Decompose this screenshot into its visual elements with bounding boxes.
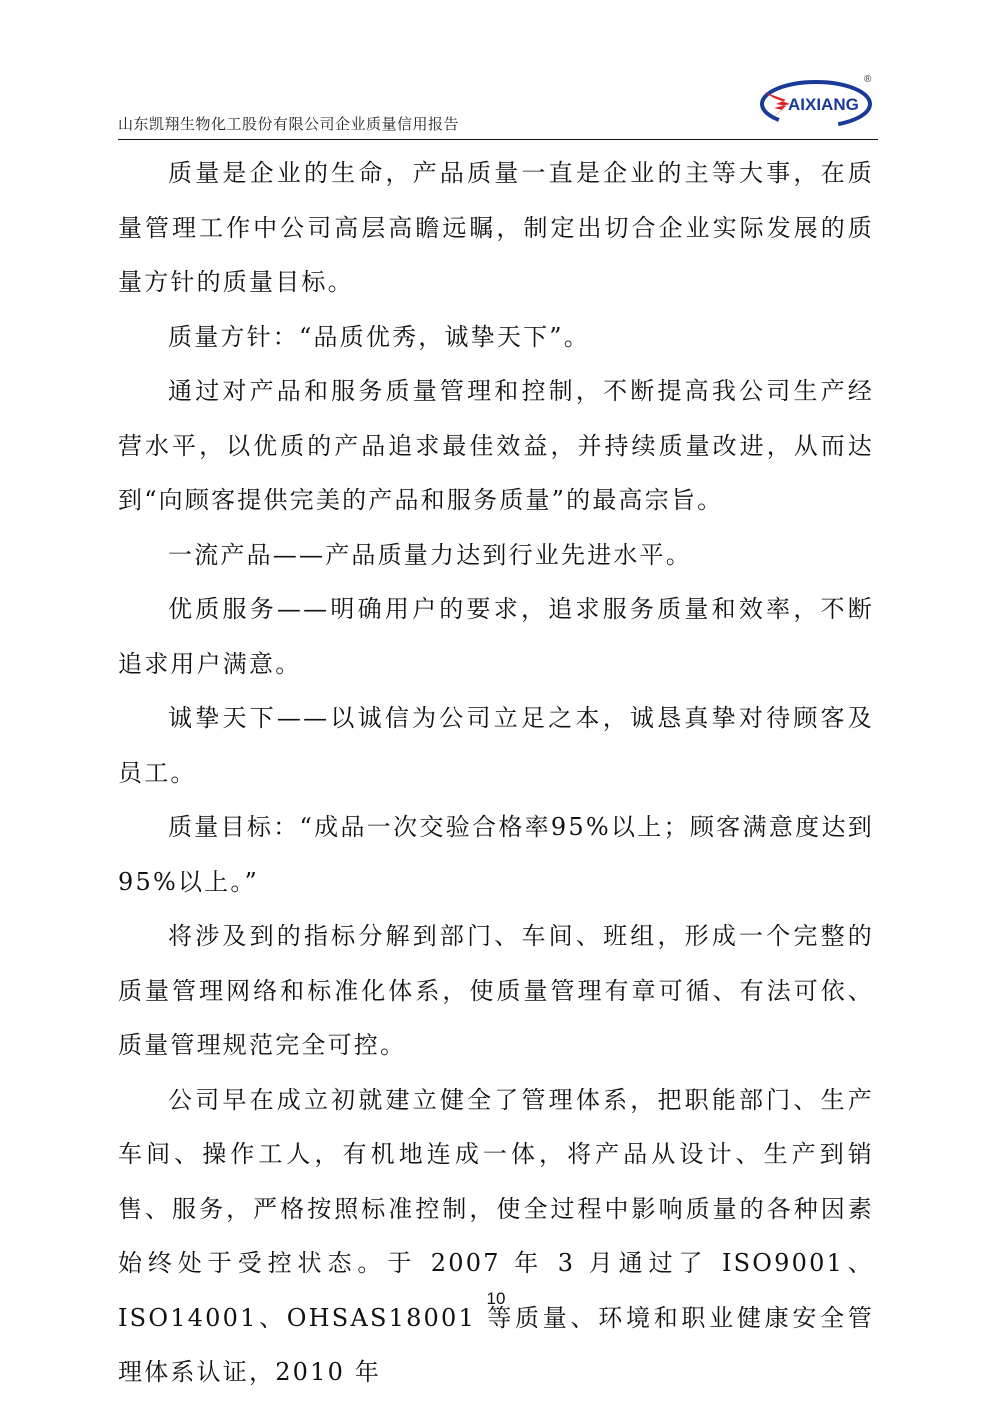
paragraph-quality-target: 质量目标：“成品一次交验合格率95%以上；顾客满意度达到95%以上。” — [118, 800, 874, 909]
paragraph-quality-service: 优质服务——明确用户的要求，追求服务质量和效率，不断追求用户满意。 — [118, 582, 874, 691]
page-number: 10 — [0, 1289, 992, 1309]
paragraph-first-class-product: 一流产品——产品质量力达到行业先进水平。 — [118, 528, 874, 583]
page-header: 山东凯翔生物化工股份有限公司企业质量信用报告 AIXIANG ® — [118, 88, 878, 140]
document-body: 质量是企业的生命，产品质量一直是企业的主等大事，在质量管理工作中公司高层高瞻远瞩… — [118, 146, 874, 1400]
paragraph-management-control: 通过对产品和服务质量管理和控制，不断提高我公司生产经营水平，以优质的产品追求最佳… — [118, 364, 874, 528]
report-title: 山东凯翔生物化工股份有限公司企业质量信用报告 — [118, 113, 459, 134]
paragraph-quality-importance: 质量是企业的生命，产品质量一直是企业的主等大事，在质量管理工作中公司高层高瞻远瞩… — [118, 146, 874, 310]
svg-text:®: ® — [864, 74, 872, 85]
header-divider — [118, 139, 878, 140]
paragraph-sincerity: 诚挚天下——以诚信为公司立足之本，诚恳真挚对待顾客及员工。 — [118, 691, 874, 800]
paragraph-management-system: 公司早在成立初就建立健全了管理体系，把职能部门、生产车间、操作工人，有机地连成一… — [118, 1073, 874, 1400]
paragraph-indicator-breakdown: 将涉及到的指标分解到部门、车间、班组，形成一个完整的质量管理网络和标准化体系，使… — [118, 909, 874, 1073]
svg-text:AIXIANG: AIXIANG — [788, 95, 859, 114]
kaixiang-logo-icon: AIXIANG ® — [756, 70, 878, 134]
paragraph-quality-policy: 质量方针：“品质优秀，诚挚天下”。 — [118, 310, 874, 365]
company-logo: AIXIANG ® — [756, 70, 878, 134]
